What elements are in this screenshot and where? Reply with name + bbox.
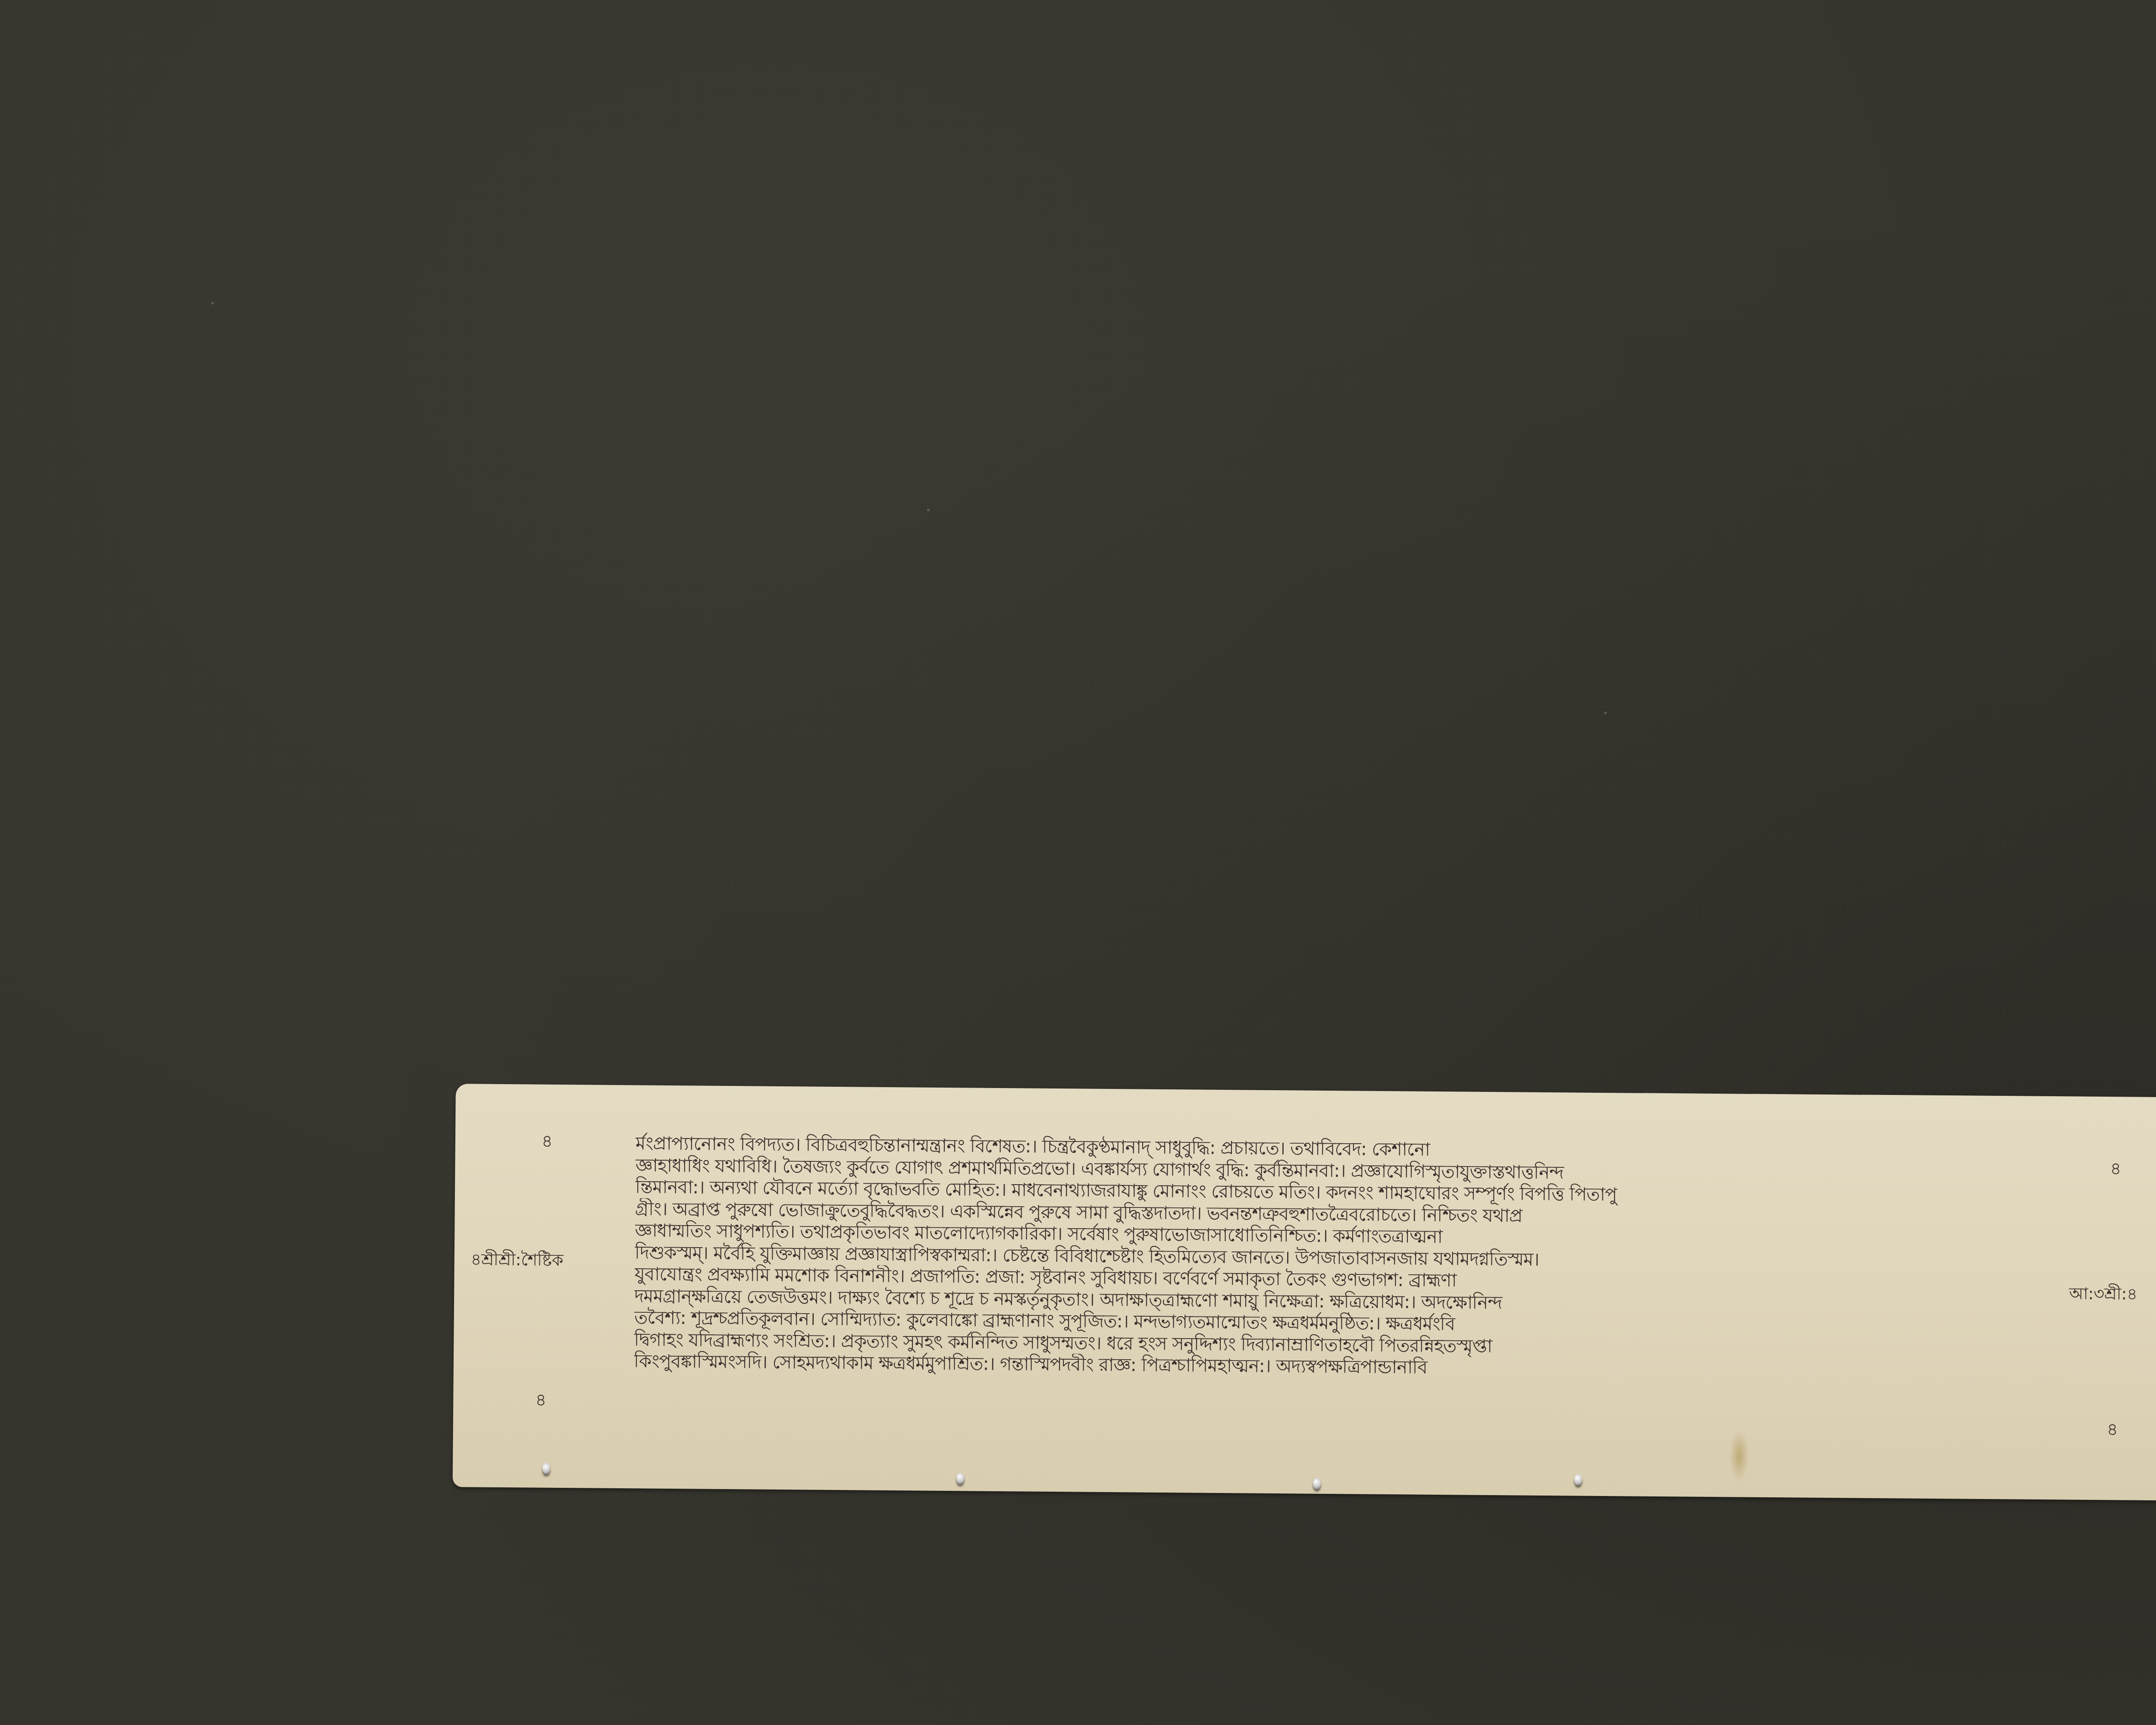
right-margin-title-note: আ:৩শ্রী:৪ [2069, 1281, 2137, 1309]
dust-speck [211, 302, 214, 304]
left-folio-number-bottom: ৪ [535, 1386, 546, 1415]
mounting-pin [956, 1473, 964, 1484]
manuscript-folio: ৪ ৪শ্রীশ্রী:শৈষ্টিক ৪ ৪ আ:৩শ্রী:৪ ৪ র্মং… [453, 1084, 2156, 1501]
right-folio-number-bottom: ৪ [2107, 1416, 2118, 1445]
water-stain [1729, 1430, 1749, 1482]
left-margin-title-note: ৪শ্রীশ্রী:শৈষ্টিক [471, 1247, 564, 1275]
manuscript-text-block: র্মংপ্রাপ্যানোনং বিপদ্যত। বিচিত্রবহুচিন্… [634, 1132, 2054, 1383]
right-folio-number-top: ৪ [2110, 1155, 2121, 1184]
mounting-pin [1574, 1474, 1582, 1485]
mounting-pin [1313, 1478, 1321, 1489]
dust-speck [1604, 712, 1607, 714]
left-folio-number-top: ৪ [542, 1128, 553, 1157]
dust-speck [927, 509, 930, 511]
mounting-pin [542, 1463, 550, 1474]
